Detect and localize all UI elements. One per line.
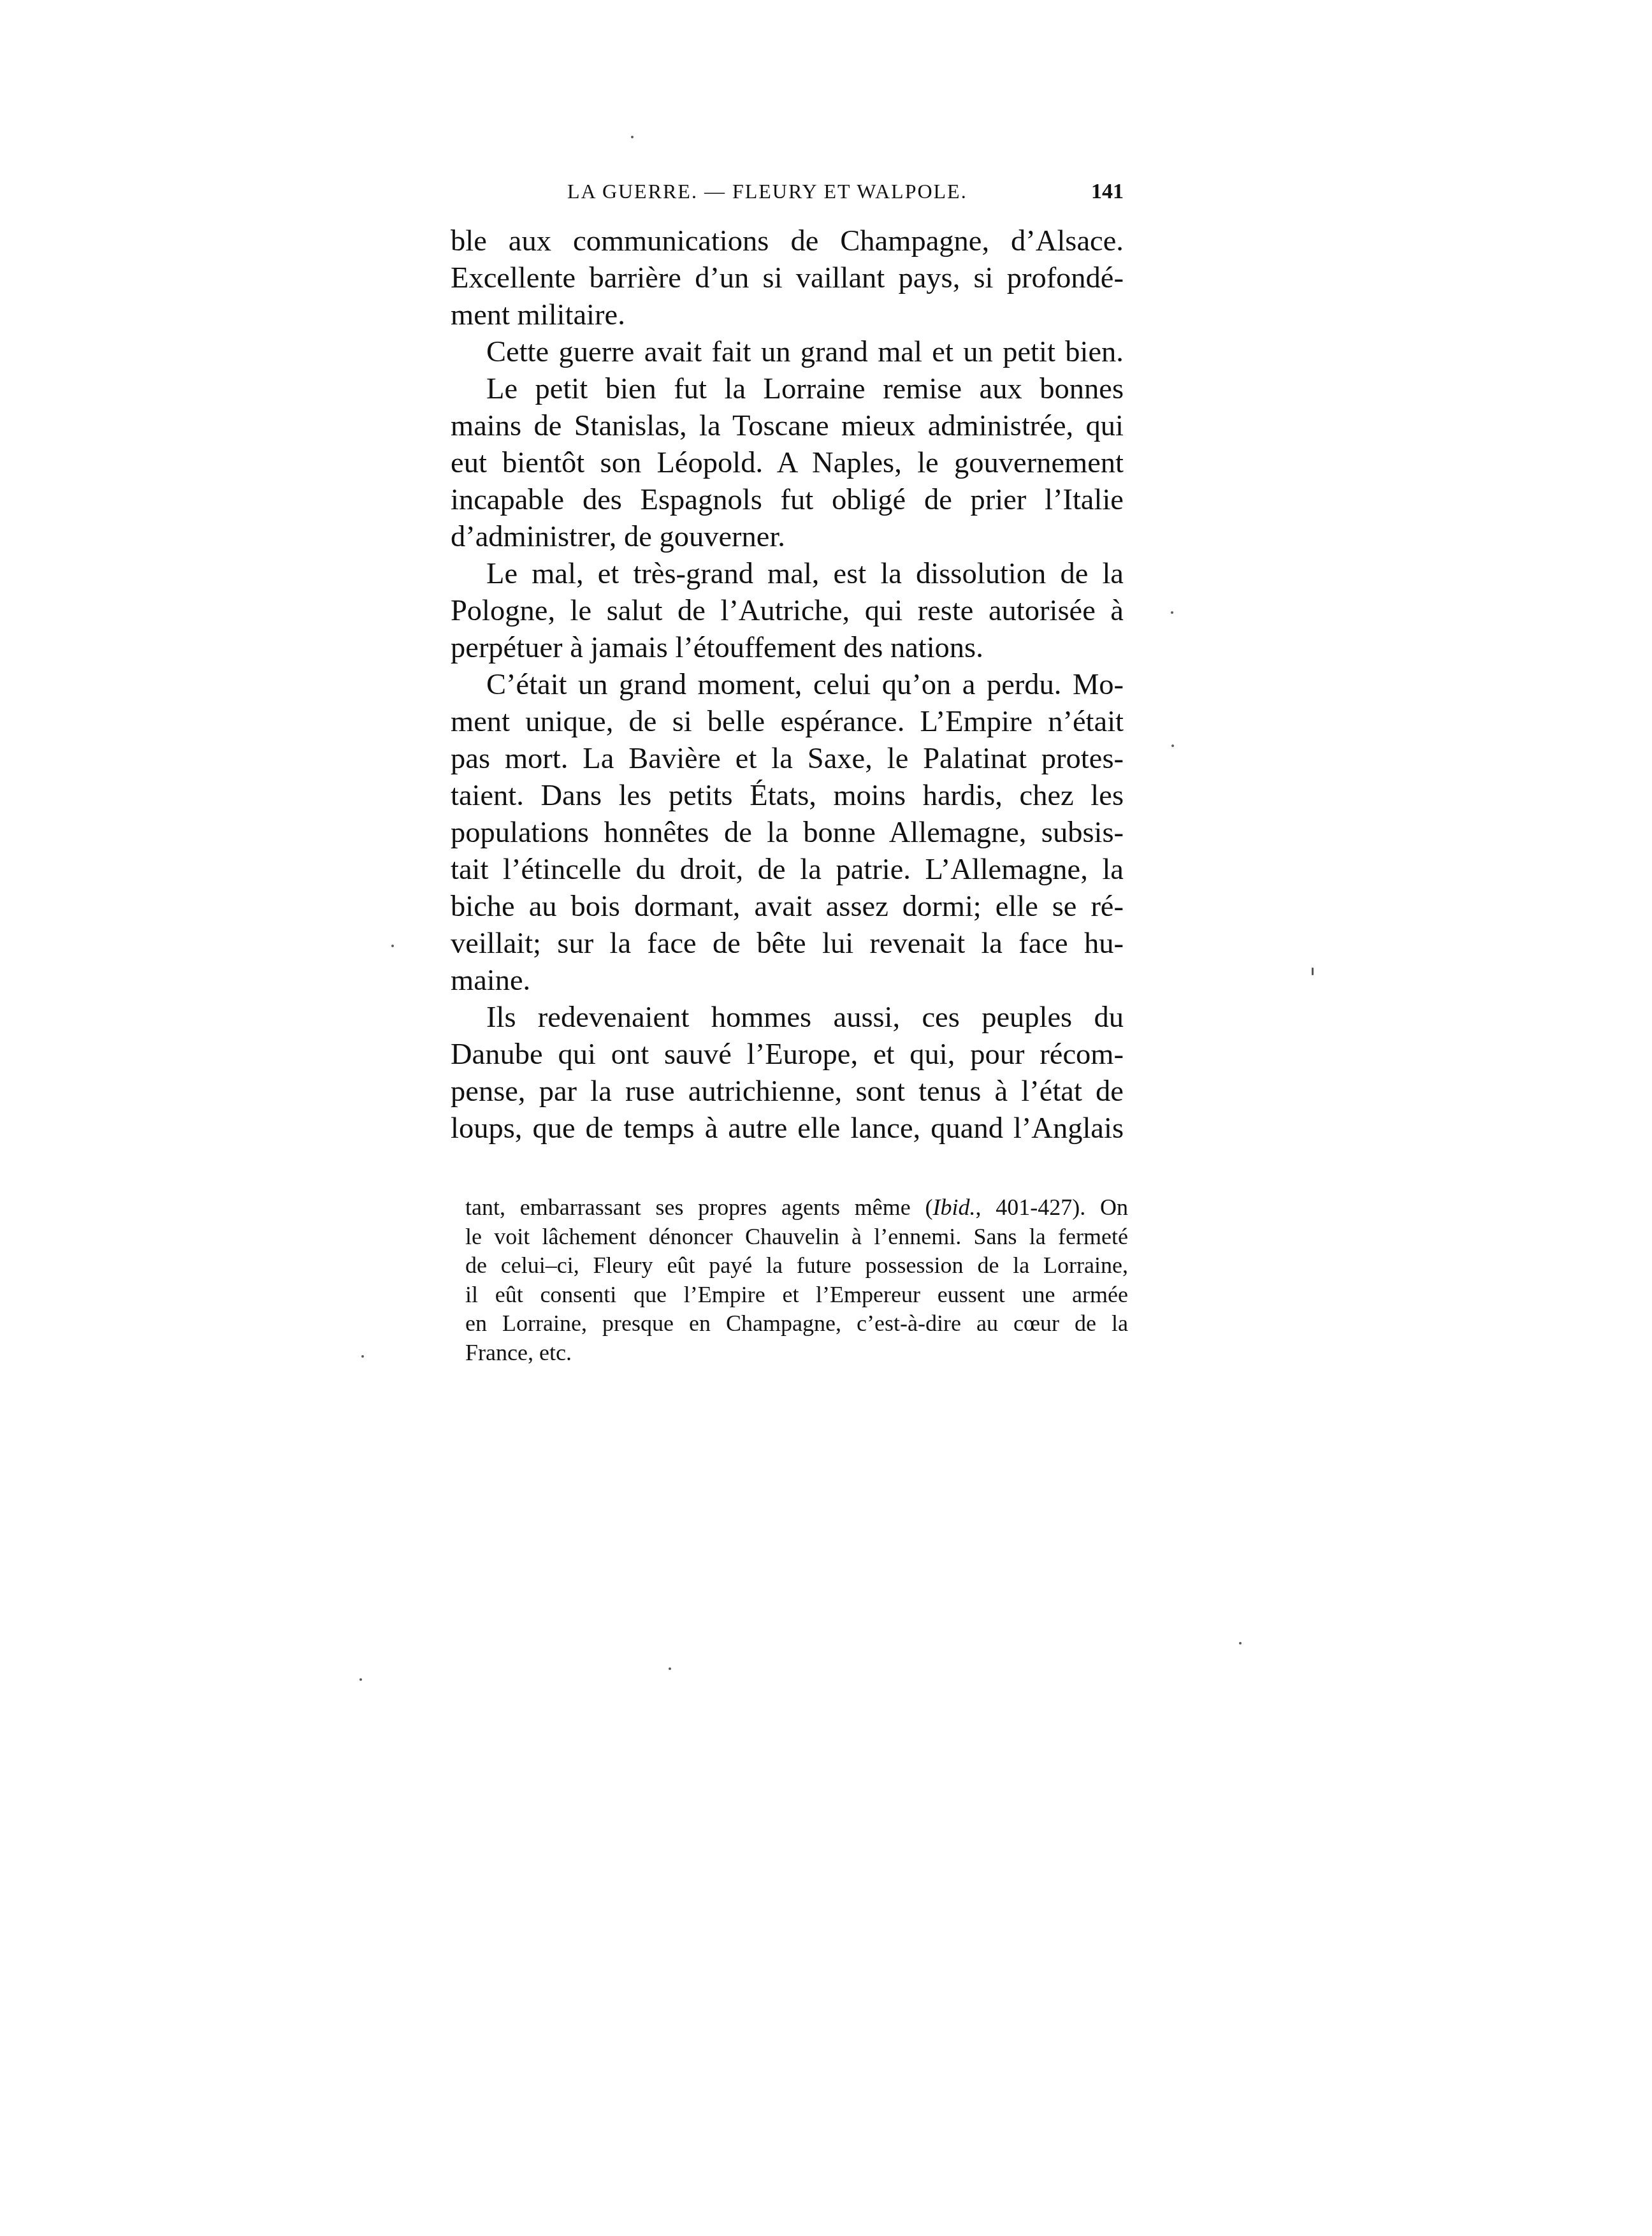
scan-speck — [359, 1678, 362, 1681]
footnote-line: de celui–ci, Fleury eût payé la future p… — [465, 1251, 1128, 1281]
text-line: ment militaire. — [451, 297, 1124, 334]
text-line: eut bientôt son Léopold. A Naples, le go… — [451, 445, 1124, 482]
paragraph-start-line: Cette guerre avait fait un grand mal et … — [451, 334, 1124, 371]
text-line: tait l’étincelle du droit, de la patrie.… — [451, 852, 1124, 889]
text-line: ble aux communications de Champagne, d’A… — [451, 223, 1124, 260]
paragraph-start-line: Le petit bien fut la Lorraine remise aux… — [451, 371, 1124, 408]
text-line: loups, que de temps à autre elle lance, … — [451, 1110, 1124, 1147]
text-line: perpétuer à jamais l’étouffement des nat… — [451, 630, 1124, 667]
book-page: LA GUERRE. — FLEURY ET WALPOLE. 141 ble … — [0, 0, 1652, 2236]
running-head: LA GUERRE. — FLEURY ET WALPOLE. 141 — [451, 180, 1124, 208]
footnote-line: il eût consenti que l’Empire et l’Empere… — [465, 1281, 1128, 1310]
scan-speck — [391, 945, 394, 947]
scan-speck — [1171, 611, 1173, 614]
footnote-line: tant, embarrassant ses propres agents mê… — [465, 1193, 1128, 1223]
text-line: incapable des Espagnols fut obligé de pr… — [451, 482, 1124, 519]
paragraph-start-line: Ils redevenaient hommes aussi, ces peupl… — [451, 999, 1124, 1036]
text-line: taient. Dans les petits États, moins har… — [451, 778, 1124, 815]
scan-speck — [1312, 968, 1314, 975]
paragraph-start-line: Le mal, et très-grand mal, est la dissol… — [451, 556, 1124, 593]
text-line: veillait; sur la face de bête lui revena… — [451, 926, 1124, 962]
text-line: Excellente barrière d’un si vaillant pay… — [451, 260, 1124, 297]
footnote-line: en Lorraine, presque en Champagne, c’est… — [465, 1309, 1128, 1339]
footnote-line: France, etc. — [465, 1339, 1128, 1368]
paragraph-start-line: C’était un grand moment, celui qu’on a p… — [451, 667, 1124, 704]
text-line: biche au bois dormant, avait assez dormi… — [451, 889, 1124, 926]
text-line: pas mort. La Bavière et la Saxe, le Pala… — [451, 741, 1124, 778]
text-line: maine. — [451, 962, 1124, 999]
text-line: Danube qui ont sauvé l’Europe, et qui, p… — [451, 1036, 1124, 1073]
footnote: tant, embarrassant ses propres agents mê… — [465, 1193, 1128, 1367]
running-title: LA GUERRE. — FLEURY ET WALPOLE. — [567, 180, 967, 203]
text-line: populations honnêtes de la bonne Allemag… — [451, 815, 1124, 852]
citation-ibid: Ibid. — [932, 1194, 975, 1220]
scan-speck — [1171, 744, 1174, 747]
scan-speck — [631, 136, 634, 138]
footnote-text: , 401-427). On — [975, 1194, 1128, 1220]
text-line: pense, par la ruse autrichienne, sont te… — [451, 1073, 1124, 1110]
scan-speck — [361, 1355, 364, 1358]
body-text: ble aux communications de Champagne, d’A… — [451, 223, 1124, 1147]
text-line: ment unique, de si belle espérance. L’Em… — [451, 704, 1124, 741]
page-number: 141 — [1091, 180, 1124, 204]
text-line: Pologne, le salut de l’Autriche, qui res… — [451, 593, 1124, 630]
footnote-text: tant, embarrassant ses propres agents mê… — [465, 1194, 932, 1220]
footnote-line: le voit lâchement dénoncer Chauvelin à l… — [465, 1223, 1128, 1252]
scan-speck — [669, 1667, 671, 1670]
scan-speck — [1239, 1642, 1242, 1644]
text-line: d’administrer, de gouverner. — [451, 519, 1124, 556]
text-line: mains de Stanislas, la Toscane mieux adm… — [451, 408, 1124, 445]
